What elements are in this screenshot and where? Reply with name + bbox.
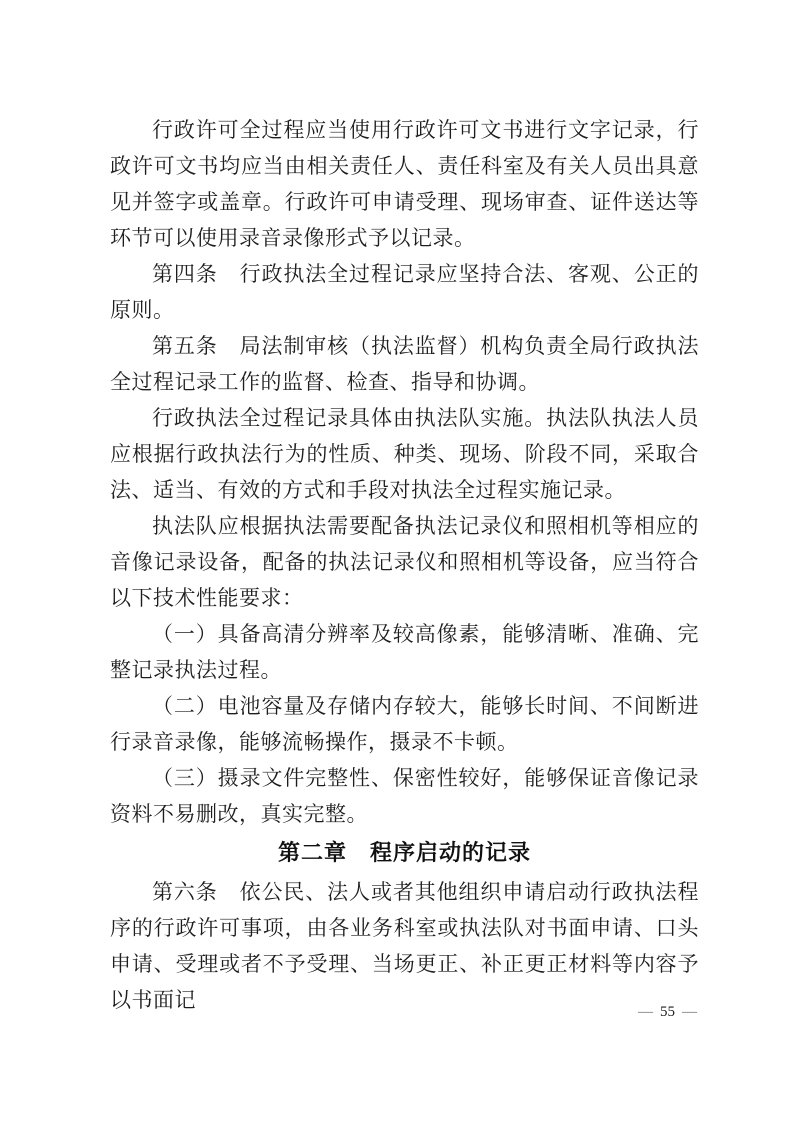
page-number: 55 [660,1004,675,1020]
paragraph-item-2: （二）电池容量及存储内存较大，能够长时间、不间断进行录音录像，能够流畅操作，摄录… [110,688,699,760]
footer-dash-left: — [638,1004,653,1020]
paragraph-article-6: 第六条 依公民、法人或者其他组织申请启动行政执法程序的行政许可事项，由各业务科室… [110,874,699,1018]
paragraph-item-1: （一）具备高清分辨率及较高像素，能够清晰、准确、完整记录执法过程。 [110,616,699,688]
chapter-heading: 第二章 程序启动的记录 [110,837,699,869]
page-footer: —55— [638,1002,697,1022]
paragraph: 行政许可全过程应当使用行政许可文书进行文字记录，行政许可文书均应当由相关责任人、… [110,112,699,256]
document-page: 行政许可全过程应当使用行政许可文书进行文字记录，行政许可文书均应当由相关责任人、… [0,0,793,1122]
paragraph-item-3: （三）摄录文件完整性、保密性较好，能够保证音像记录资料不易删改，真实完整。 [110,760,699,832]
footer-dash-right: — [682,1004,697,1020]
paragraph-article-5: 第五条 局法制审核（执法监督）机构负责全局行政执法全过程记录工作的监督、检查、指… [110,328,699,400]
paragraph: 执法队应根据执法需要配备执法记录仪和照相机等相应的音像记录设备，配备的执法记录仪… [110,508,699,616]
paragraph-article-4: 第四条 行政执法全过程记录应坚持合法、客观、公正的原则。 [110,256,699,328]
document-body: 行政许可全过程应当使用行政许可文书进行文字记录，行政许可文书均应当由相关责任人、… [110,112,699,1018]
paragraph: 行政执法全过程记录具体由执法队实施。执法队执法人员应根据行政执法行为的性质、种类… [110,400,699,508]
